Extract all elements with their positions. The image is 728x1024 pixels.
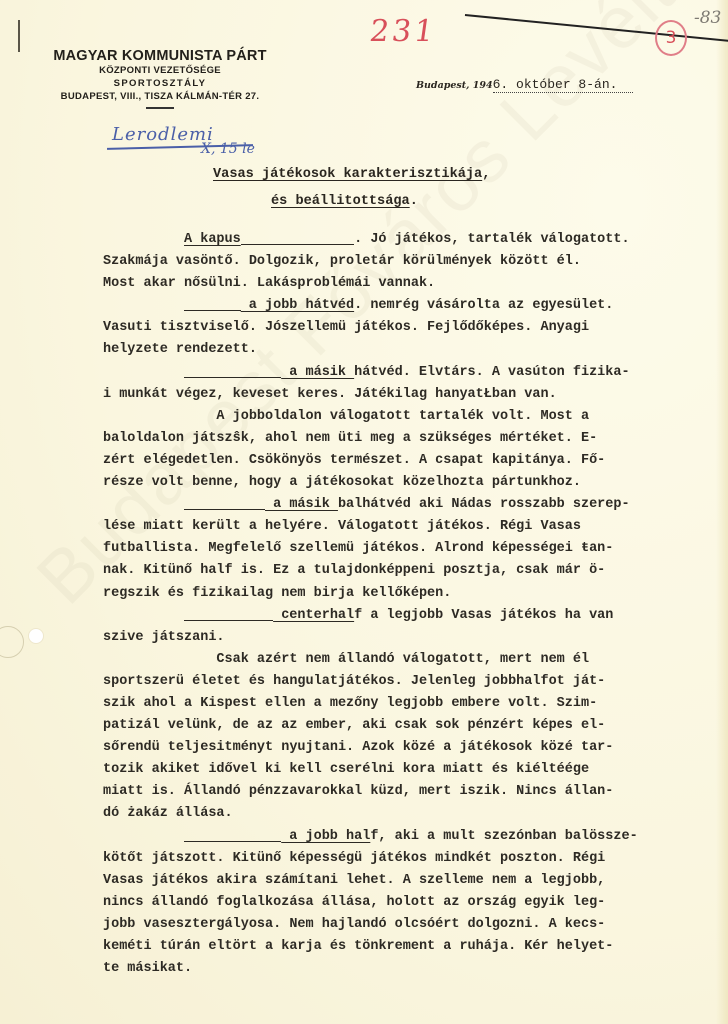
- body-line: Vasuti tisztviselő. Jószellemü játékos. …: [103, 317, 663, 339]
- letterhead-address: BUDAPEST, VIII., TISZA KÁLMÁN-TÉR 27.: [30, 90, 290, 103]
- body-line: dó żakáz állása.: [103, 803, 663, 825]
- body-line: miatt is. Állandó pénzzavarokkal küzd, m…: [103, 781, 663, 803]
- letterhead-organization: MAGYAR KOMMUNISTA PÁRT: [30, 48, 290, 64]
- circled-number: 3: [655, 20, 687, 56]
- body-line: regszik és fizikailag nem birja kellőkép…: [103, 583, 663, 605]
- redacted-name-blank: [241, 230, 354, 245]
- underlined-position: a jobb hátvéd: [241, 298, 354, 313]
- body-line: centerhalf a legjobb Vasas játékos ha va…: [103, 605, 663, 627]
- handwritten-signature: Lerodlemi: [112, 124, 214, 145]
- body-line: patizál velünk, de az az ember, aki csak…: [103, 715, 663, 737]
- redacted-name-blank: [184, 296, 241, 311]
- underlined-position: a másik: [281, 365, 354, 380]
- body-line: szive játszani.: [103, 627, 663, 649]
- underlined-position: a másik: [265, 497, 338, 512]
- dateline: Budapest, 1946. október 8-án.: [416, 77, 633, 92]
- body-line: tozik akiket idővel ki kell cserélni kor…: [103, 759, 663, 781]
- letterhead-section: SPORTOSZTÁLY: [30, 77, 290, 90]
- body-line: zért elégedetlen. Csökönyös természet. A…: [103, 450, 663, 472]
- body-line: nak. Kitünő half is. Ez a tulajdonképpen…: [103, 560, 663, 582]
- title-line-1-suffix: ,: [482, 167, 490, 182]
- circled-number-text: 3: [666, 28, 677, 48]
- title-line-2-text: és beállitottsága: [271, 194, 410, 209]
- pencil-stroke: [465, 14, 728, 42]
- page-edge-shadow: [716, 0, 728, 1024]
- title-line-1: Vasas játékosok karakterisztikája,: [213, 167, 490, 182]
- document-body: A kapus. Jó játékos, tartalék válogatott…: [103, 229, 663, 980]
- overtyped-word: żakáz: [127, 806, 168, 821]
- underlined-text: A kapus: [184, 232, 241, 247]
- letterhead: MAGYAR KOMMUNISTA PÁRT KÖZPONTI VEZETŐSÉ…: [30, 48, 290, 109]
- body-line: része volt benne, hogy a játékosokat köz…: [103, 472, 663, 494]
- letterhead-rule: [146, 107, 174, 109]
- body-line: a másik hátvéd. Elvtárs. A vasúton fizik…: [103, 362, 663, 384]
- body-line: szik ahol a Kispest ellen a mezőny legjo…: [103, 693, 663, 715]
- punch-hole-ring: [0, 626, 24, 658]
- body-line: Csak azért nem állandó válogatott, mert …: [103, 649, 663, 671]
- body-line: sportszerü életet és hangulatjátékos. Je…: [103, 671, 663, 693]
- redacted-name-blank: [184, 363, 281, 378]
- body-line: Szakmája vasöntő. Dolgozik, proletár kör…: [103, 251, 663, 273]
- body-line: A kapus. Jó játékos, tartalék válogatott…: [103, 229, 663, 251]
- body-line: a jobb hátvéd. nemrég vásárolta az egyes…: [103, 295, 663, 317]
- dateline-printed: Budapest, 194: [416, 80, 493, 91]
- redacted-name-blank: [184, 495, 265, 510]
- underlined-position: a jobb hal: [281, 829, 370, 844]
- punch-hole: [28, 628, 44, 644]
- body-line: futballista. Megfelelő szellemü játékos.…: [103, 538, 663, 560]
- redacted-name-blank: [184, 827, 281, 842]
- handwritten-date-note: X, 15 le: [201, 141, 255, 157]
- dateline-typed: 6. október 8-án.: [493, 77, 634, 93]
- body-line: a jobb half, aki a mult szezónban balöss…: [103, 826, 663, 848]
- redacted-name-blank: [184, 606, 273, 621]
- body-line: a másik balhátvéd aki Nádas rosszabb sze…: [103, 494, 663, 516]
- body-line: baloldalon játszŝk, ahol nem üti meg a s…: [103, 428, 663, 450]
- body-line: Most akar nősülni. Lakásproblémái vannak…: [103, 273, 663, 295]
- handwritten-red-number: 231: [368, 14, 439, 49]
- body-line: nincs állandó foglalkozása állása, holot…: [103, 892, 663, 914]
- title-line-1-text: Vasas játékosok karakterisztikája: [213, 167, 482, 182]
- body-line: helyzete rendezett.: [103, 339, 663, 361]
- document-page: Budapest Főváros Levéltára MAGYAR KOMMUN…: [0, 0, 728, 1024]
- title-line-2-suffix: .: [410, 194, 418, 209]
- body-line: Vasas játékos akira számítani lehet. A s…: [103, 870, 663, 892]
- body-line: lése miatt került a helyére. Válogatott …: [103, 516, 663, 538]
- body-line: te másikat.: [103, 958, 663, 980]
- body-line: kötőt játszott. Kitünő képességü játékos…: [103, 848, 663, 870]
- body-line: i munkát végez, keveset keres. Játékilag…: [103, 384, 663, 406]
- document-title: Vasas játékosok karakterisztikája, és be…: [213, 161, 490, 215]
- body-line: keméti túrán eltört a karja és tönkremen…: [103, 936, 663, 958]
- title-line-2: és beállitottsága.: [213, 188, 490, 215]
- margin-mark: [18, 20, 20, 52]
- handwritten-page-number: -83: [694, 8, 721, 28]
- body-line: A jobboldalon válogatott tartalék volt. …: [103, 406, 663, 428]
- body-line: sőrendü teljesitményt nyujtani. Azok köz…: [103, 737, 663, 759]
- body-line: jobb vasesztergályosa. Nem hajlandó olcs…: [103, 914, 663, 936]
- letterhead-department: KÖZPONTI VEZETŐSÉGE: [30, 64, 290, 77]
- underlined-position: centerhal: [273, 608, 354, 623]
